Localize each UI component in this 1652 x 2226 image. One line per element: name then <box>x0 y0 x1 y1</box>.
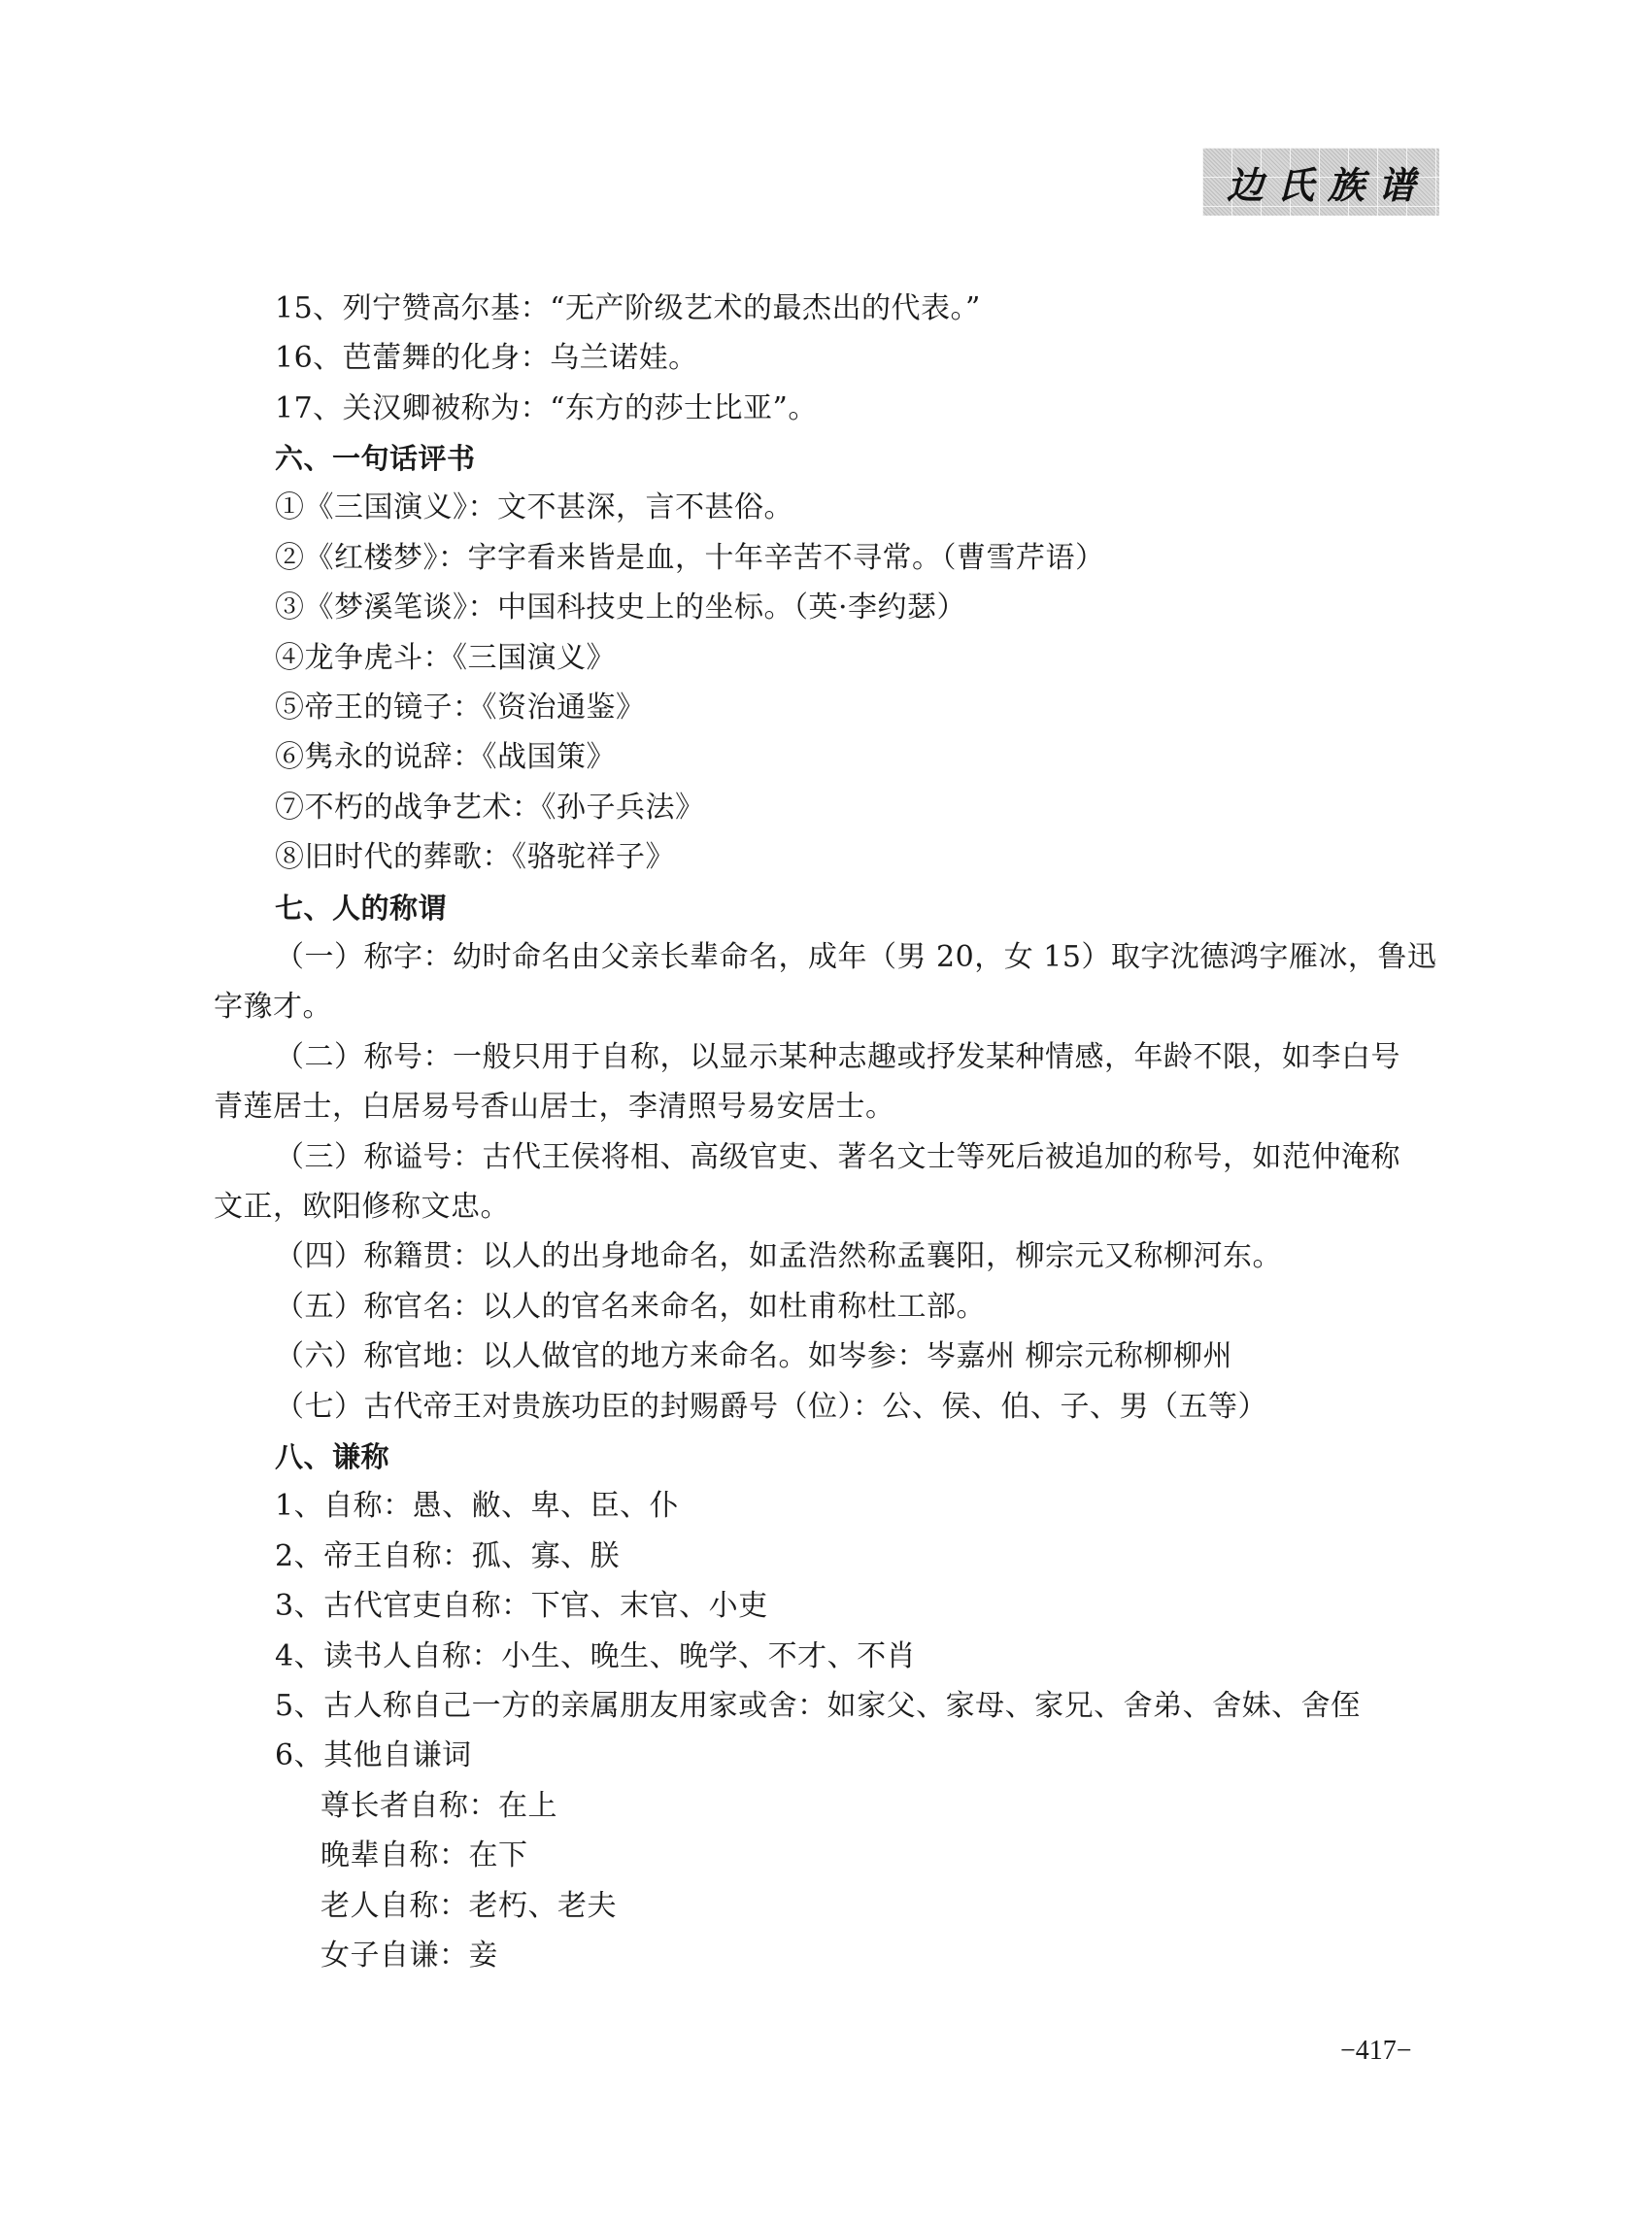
section-heading: 七、人的称谓 <box>275 889 447 927</box>
text-line: 16、芭蕾舞的化身：乌兰诺娃。 <box>275 339 698 378</box>
text-line: 女子自谦：妾 <box>320 1937 498 1975</box>
text-line: ①《三国演义》：文不甚深，言不甚俗。 <box>275 489 793 527</box>
text-line: 3、古代官吏自称：下官、末官、小吏 <box>275 1587 768 1626</box>
text-line-continuation: 青莲居士，白居易号香山居士，李清照号易安居士。 <box>214 1088 895 1127</box>
page-header-title: 边氏族谱 <box>1213 155 1429 209</box>
text-line: 15、列宁赞高尔基：“无产阶级艺术的最杰出的代表。” <box>275 289 981 328</box>
text-line: （二）称号：一般只用于自称，以显示某种志趣或抒发某种情感，年龄不限，如李白号 <box>275 1038 1400 1077</box>
text-line: ③《梦溪笔谈》：中国科技史上的坐标。（英·李约瑟） <box>275 589 966 627</box>
header-title-box: 边氏族谱 <box>1202 148 1439 216</box>
text-line: ②《红楼梦》：字字看来皆是血，十年辛苦不寻常。（曹雪芹语） <box>275 539 1105 578</box>
text-line: ⑥隽永的说辞：《战国策》 <box>275 738 616 777</box>
text-line: （六）称官地：以人做官的地方来命名。如岑参：岑嘉州 柳宗元称柳柳州 <box>275 1337 1232 1376</box>
text-line: 老人自称：老朽、老夫 <box>320 1887 617 1926</box>
text-line: （一）称字：幼时命名由父亲长辈命名，成年（男 20，女 15）取字沈德鸿字雁冰，… <box>275 938 1436 977</box>
text-line: 17、关汉卿被称为：“东方的莎士比亚”。 <box>275 389 818 428</box>
text-line-continuation: 文正，欧阳修称文忠。 <box>214 1188 510 1227</box>
text-line: ⑤帝王的镜子：《资治通鉴》 <box>275 689 646 727</box>
text-line: 晚辈自称：在下 <box>320 1837 528 1875</box>
text-line: （三）称谥号：古代王侯将相、高级官吏、著名文士等死后被追加的称号，如范仲淹称 <box>275 1138 1400 1177</box>
text-line: ④龙争虎斗：《三国演义》 <box>275 639 616 678</box>
text-line: 4、读书人自称：小生、晚生、晚学、不才、不肖 <box>275 1637 916 1676</box>
text-line: ⑦不朽的战争艺术：《孙子兵法》 <box>275 789 705 827</box>
text-line: 6、其他自谦词 <box>275 1737 472 1775</box>
text-line: 1、自称：愚、敝、卑、臣、仆 <box>275 1487 679 1526</box>
section-heading: 八、谦称 <box>275 1437 389 1476</box>
text-line: 5、古人称自己一方的亲属朋友用家或舍：如家父、家母、家兄、舍弟、舍妹、舍侄 <box>275 1687 1361 1726</box>
text-line: （四）称籍贯：以人的出身地命名，如孟浩然称孟襄阳，柳宗元又称柳河东。 <box>275 1237 1282 1276</box>
page-number: −417− <box>1340 2034 1412 2069</box>
text-line: （七）古代帝王对贵族功臣的封赐爵号（位）：公、侯、伯、子、男（五等） <box>275 1388 1267 1427</box>
section-heading: 六、一句话评书 <box>275 439 476 478</box>
text-line-continuation: 字豫才。 <box>214 988 332 1027</box>
text-line: ⑧旧时代的葬歌：《骆驼祥子》 <box>275 838 675 877</box>
text-line: 2、帝王自称：孤、寡、朕 <box>275 1537 620 1576</box>
text-line: 尊长者自称：在上 <box>320 1787 557 1826</box>
text-line: （五）称官名：以人的官名来命名，如杜甫称杜工部。 <box>275 1288 986 1327</box>
